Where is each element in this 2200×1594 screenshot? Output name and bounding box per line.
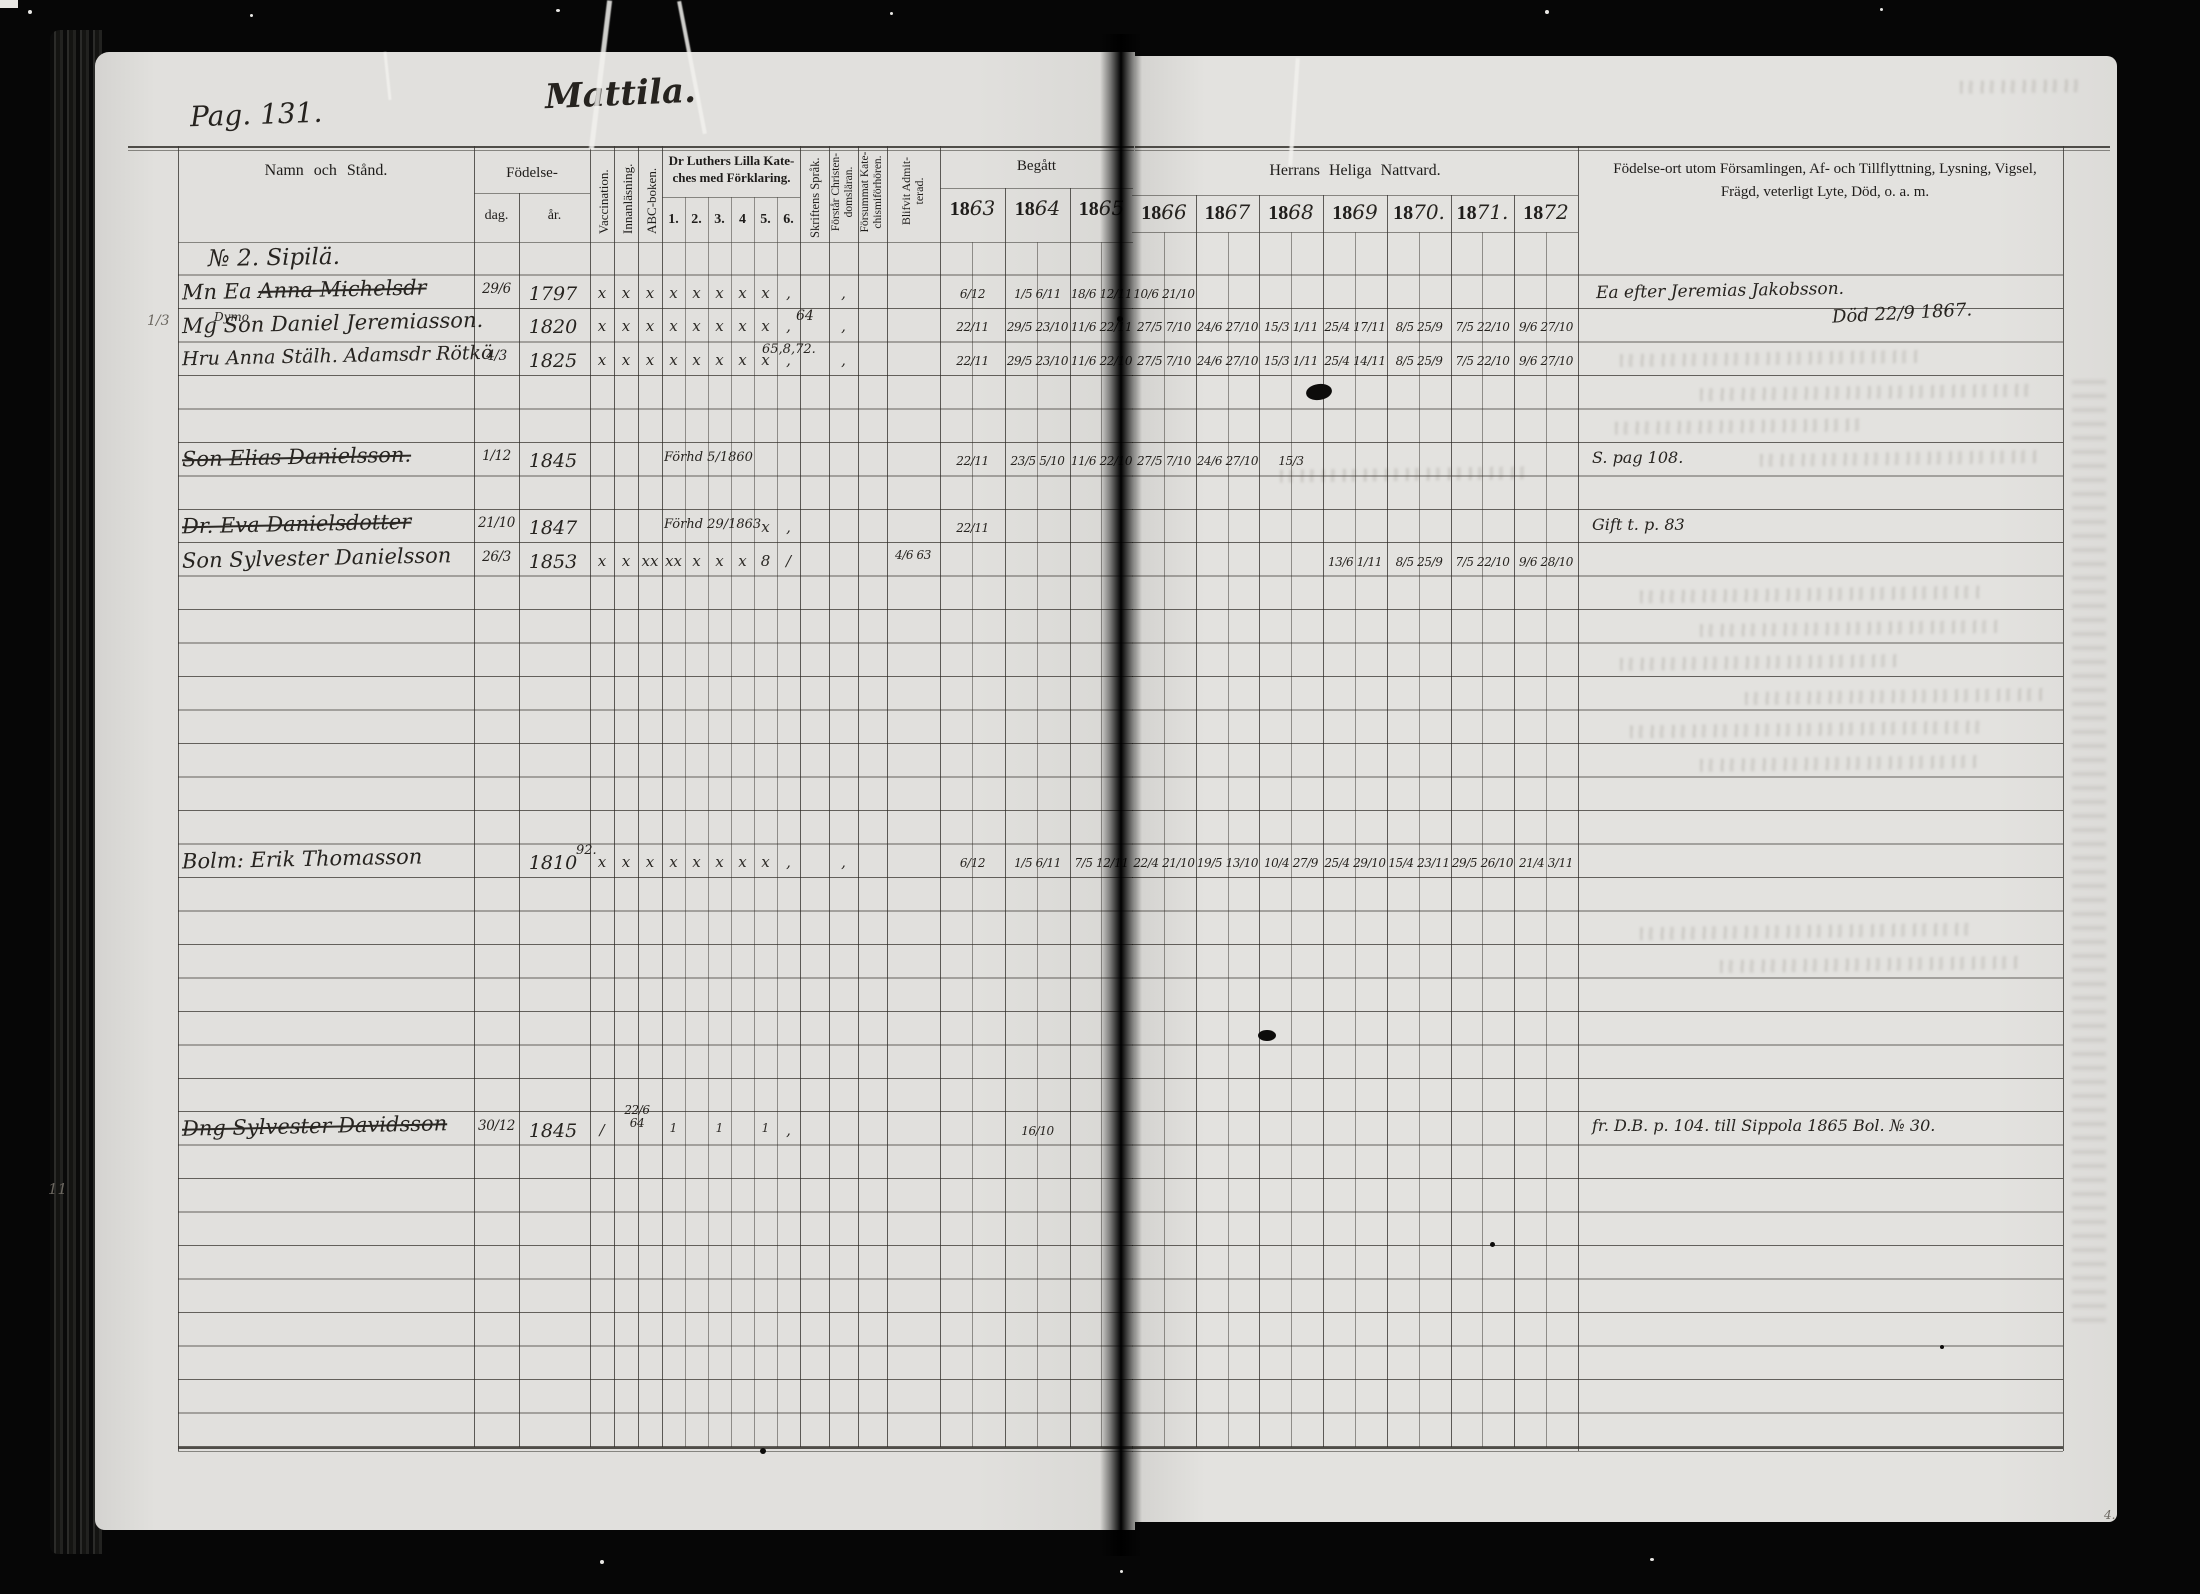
vaccination-mark: x [590, 552, 614, 570]
communion-1871: 7/5 22/10 [1451, 354, 1514, 368]
header-reading: Innanläsning. [620, 164, 636, 234]
catechism-mark: x [708, 284, 731, 302]
header-year-1868: 1868 [1259, 200, 1323, 225]
communion-1872: 9/6 27/10 [1514, 320, 1578, 334]
year-handwritten: 72 [1543, 200, 1568, 224]
household-heading: № 2. Sipilä. [208, 244, 340, 272]
communion-1868: 10/4 27/9 [1259, 856, 1323, 870]
year-printed: 18 [1268, 202, 1288, 224]
birth-year: 1797 [519, 283, 587, 305]
header-year-1872: 1872 [1514, 200, 1578, 225]
catechism-mark: x [708, 552, 731, 570]
catechism-mark: x [754, 853, 777, 871]
year-handwritten: 70. [1413, 200, 1445, 224]
birth-year: 1845 [519, 1120, 587, 1142]
catechism-mark: 1 [754, 1121, 777, 1135]
communion-1869: 25/4 17/11 [1323, 320, 1387, 334]
catechism-mark: , [777, 1121, 800, 1139]
margin-bottom-note: 11 [48, 1180, 67, 1198]
communion-1867: 24/6 27/10 [1196, 354, 1259, 368]
person-name: Anna Michelsdr [258, 275, 427, 303]
admitted-note: 64 [796, 308, 814, 324]
catechism-mark: x [685, 317, 708, 335]
catechism-mark: , [777, 853, 800, 871]
header-birth-year: år. [519, 208, 590, 224]
birth-day: 30/12 [474, 1118, 519, 1134]
admitted-note: 65,8,72. [762, 342, 816, 357]
birth-year: 1853 [519, 551, 587, 573]
communion-1864: 16/10 [1005, 1124, 1070, 1138]
doctrine-mark: , [829, 317, 858, 335]
bleed-through-mark [1960, 79, 2080, 94]
year-printed: 18 [1332, 202, 1352, 224]
header-understands-doctrine: Förstår Christen- domsläran. [830, 146, 856, 238]
catechism-mark: x [708, 853, 731, 871]
header-catechism-col-3: 3. [708, 212, 731, 228]
doctrine-mark: , [829, 853, 858, 871]
abc-mark: x [638, 284, 662, 302]
catechism-mark: x [754, 518, 777, 536]
book-gutter-shadow [1100, 34, 1142, 1556]
communion-1871: 7/5 22/10 [1451, 320, 1514, 334]
catechism-mark: x [731, 552, 754, 570]
table-line [474, 193, 590, 194]
communion-1869: 13/6 1/11 [1323, 555, 1387, 569]
vaccination-mark: x [590, 351, 614, 369]
abc-mark: x [638, 853, 662, 871]
vaccination-mark: x [590, 284, 614, 302]
header-catechism-col-1: 1. [662, 212, 685, 228]
catechism-mark: 1 [662, 1121, 685, 1135]
ink-dot [1940, 1345, 1944, 1349]
header-vaccination: Vaccination. [596, 169, 612, 234]
remark: S. pag 108. [1592, 448, 1683, 467]
birth-day: 1/12 [474, 448, 519, 464]
table-line [128, 150, 1134, 151]
page-number-label: Pag. 131. [189, 96, 322, 134]
catechism-mark: x [662, 317, 685, 335]
village-title: Mattila. [544, 71, 696, 118]
year-printed: 18 [1457, 202, 1477, 224]
catechism-mark: x [685, 552, 708, 570]
catechism-mark: x [754, 317, 777, 335]
catechism-mark: x [731, 853, 754, 871]
reading-mark: x [614, 284, 638, 302]
dust-speck [28, 10, 32, 14]
header-catechism: Dr Luthers Lilla Kate- ches med Förklari… [663, 152, 800, 186]
catechism-mark: x [708, 351, 731, 369]
catechism-mark: x [731, 351, 754, 369]
catechism-mark: / [777, 552, 800, 570]
year-handwritten: 71. [1477, 200, 1509, 224]
communion-1868: 15/3 1/11 [1259, 320, 1323, 334]
communion-1863: 6/12 [940, 287, 1005, 301]
communion-1863: 22/11 [940, 354, 1005, 368]
year-handwritten: 66 [1161, 200, 1186, 224]
table-line [1135, 146, 2110, 148]
person-name: Son Elias Danielsson. [182, 443, 412, 472]
scanned-parish-register-spread: Pag. 131. Mattila. Namn och Stånd. Födel… [0, 0, 2200, 1594]
margin-fraction-note: 1/3 [147, 313, 170, 329]
catechism-mark: x [708, 317, 731, 335]
communion-1864: 1/5 6/11 [1005, 287, 1070, 301]
communion-1863: 22/11 [940, 454, 1005, 468]
catechism-mark: 8 [754, 552, 777, 570]
communion-1869: 25/4 14/11 [1323, 354, 1387, 368]
ink-dot [760, 1448, 766, 1454]
person-name: Erik Thomasson [250, 844, 422, 872]
table-line [128, 146, 1134, 148]
header-catechism-col-6: 6. [777, 212, 800, 228]
communion-1870: 8/5 25/9 [1387, 320, 1451, 334]
header-admitted: Blifvit Admit- terad. [900, 148, 926, 234]
catechism-note: Förhd 29/1863 [664, 517, 761, 532]
year-handwritten: 63 [970, 196, 995, 220]
vaccination-mark: x [590, 853, 614, 871]
catechism-mark: x [662, 853, 685, 871]
remark: fr. D.B. p. 104. till Sippola 1865 Bol. … [1592, 1116, 1935, 1135]
catechism-mark: x [731, 284, 754, 302]
communion-1864: 29/5 23/10 [1005, 354, 1070, 368]
dust-speck [890, 12, 893, 15]
header-year-1863: 1863 [940, 196, 1005, 221]
header-year-1870: 1870. [1387, 200, 1451, 225]
catechism-mark: x [685, 284, 708, 302]
vaccination-mark: / [590, 1121, 614, 1139]
birth-day: 4/3 [474, 348, 519, 364]
reading-mark: x [614, 317, 638, 335]
year-printed: 18 [1141, 202, 1161, 224]
birth-day: 29/6 [474, 281, 519, 297]
person-row-name: Dr. Eva Danielsdotter [182, 510, 412, 539]
year-printed: 18 [1393, 202, 1413, 224]
ruled-rows [1132, 242, 2063, 1448]
catechism-mark: , [777, 518, 800, 536]
catechism-mark: x [685, 853, 708, 871]
abc-mark: x [638, 317, 662, 335]
table-line [2063, 146, 2064, 1451]
communion-1871: 7/5 22/10 [1451, 555, 1514, 569]
birth-year: 1825 [519, 350, 587, 372]
person-row-name: Mn Ea Anna Michelsdr [182, 275, 427, 304]
catechism-mark: x [754, 284, 777, 302]
communion-1870: 8/5 25/9 [1387, 354, 1451, 368]
communion-1870: 15/4 23/11 [1387, 856, 1451, 870]
dust-speck [250, 14, 253, 17]
dust-speck [1545, 10, 1549, 14]
admitted-note: 22/6 64 [620, 1104, 654, 1130]
catechism-note: Förhd 5/1860 [664, 450, 753, 465]
dust-speck [1880, 8, 1883, 11]
communion-1868: 15/3 [1259, 454, 1323, 468]
header-remarks: Födelse-ort utom Församlingen, Af- och T… [1600, 158, 2050, 204]
birth-year: 1847 [519, 517, 587, 539]
birth-day: 26/3 [474, 549, 519, 565]
remark: Gift t. p. 83 [1592, 515, 1685, 534]
person-prefix: Hru [182, 347, 220, 370]
header-birth: Födelse- [474, 165, 590, 182]
header-holy-communion: Herrans Heliga Nattvard. [1132, 162, 1578, 180]
year-handwritten: 68 [1288, 200, 1313, 224]
dust-speck [1650, 1558, 1654, 1561]
table-line [1132, 195, 1578, 196]
birth-year: 1820 [519, 316, 587, 338]
communion-1863: 22/11 [940, 320, 1005, 334]
year-printed: 18 [1015, 198, 1035, 220]
communion-1867: 24/6 27/10 [1196, 454, 1259, 468]
header-scripture-language: Skriftens Språk. [808, 157, 823, 238]
ink-blot [1258, 1030, 1276, 1041]
birth-year: 1845 [519, 450, 587, 472]
catechism-mark: x [662, 351, 685, 369]
header-year-1871: 1871. [1451, 200, 1514, 225]
person-prefix: Mn Ea [182, 279, 252, 304]
dust-speck [0, 0, 18, 8]
catechism-mark: 1 [708, 1121, 731, 1135]
communion-1864: 29/5 23/10 [1005, 320, 1070, 334]
catechism-mark: x [685, 351, 708, 369]
table-line [1132, 1451, 2063, 1452]
ink-dot [1490, 1242, 1495, 1247]
communion-1868: 15/3 1/11 [1259, 354, 1323, 368]
year-printed: 18 [1205, 202, 1225, 224]
dust-speck [1120, 1570, 1123, 1573]
communion-1863: 6/12 [940, 856, 1005, 870]
reading-mark: x [614, 351, 638, 369]
page-corner-note: 4. [2104, 1508, 2115, 1522]
dust-speck [556, 9, 560, 12]
communion-1872: 9/6 28/10 [1514, 555, 1578, 569]
communion-1871: 29/5 26/10 [1451, 856, 1514, 870]
header-catechism-col-5: 5. [754, 212, 777, 228]
bleed-through-mark [2072, 380, 2106, 1330]
header-year-1869: 1869 [1323, 200, 1387, 225]
communion-1869: 25/4 29/10 [1323, 856, 1387, 870]
ruled-rows [178, 242, 1133, 1448]
dust-speck [600, 1560, 604, 1564]
header-birth-day: dag. [474, 208, 519, 224]
doctrine-mark: , [829, 284, 858, 302]
communion-1863: 22/11 [940, 521, 1005, 535]
year-printed: 18 [1079, 198, 1099, 220]
header-missed-examinations: Försummat Kate- chismiförhören. [859, 146, 885, 238]
birth-day: 21/10 [474, 515, 519, 531]
communion-1867: 19/5 13/10 [1196, 856, 1259, 870]
communion-1870: 8/5 25/9 [1387, 555, 1451, 569]
person-prefix: Bolm: [182, 848, 244, 873]
admitted-note: 4/6 63 [888, 548, 938, 562]
header-catechism-col-4: 4 [731, 212, 754, 228]
table-line [178, 1451, 1133, 1452]
year-printed: 18 [1523, 202, 1543, 224]
year-handwritten: 67 [1225, 200, 1250, 224]
abc-mark: x [638, 351, 662, 369]
person-prefix: Mg [182, 313, 217, 338]
year-handwritten: 69 [1352, 200, 1377, 224]
communion-1864: 1/5 6/11 [1005, 856, 1070, 870]
catechism-mark: x [662, 284, 685, 302]
person-row-name: Son Elias Danielsson. [182, 443, 412, 472]
person-row-name: Bolm: Erik Thomasson [182, 844, 423, 873]
table-line [1135, 150, 2110, 151]
communion-1872: 9/6 27/10 [1514, 354, 1578, 368]
abc-mark: xx [638, 552, 662, 570]
reading-mark: x [614, 853, 638, 871]
communion-1872: 21/4 3/11 [1514, 856, 1578, 870]
reading-mark: x [614, 552, 638, 570]
communion-1864: 23/5 5/10 [1005, 454, 1070, 468]
header-catechism-col-2: 2. [685, 212, 708, 228]
header-name-column: Namn och Stånd. [178, 162, 474, 180]
header-year-1867: 1867 [1196, 200, 1259, 225]
header-year-1864: 1864 [1005, 196, 1070, 221]
doctrine-mark: , [829, 351, 858, 369]
catechism-mark: x [731, 317, 754, 335]
person-name: Dr. Eva Danielsdotter [182, 510, 412, 539]
year-printed: 18 [950, 198, 970, 220]
catechism-mark: xx [662, 552, 685, 570]
vaccination-mark: x [590, 317, 614, 335]
catechism-mark: , [777, 284, 800, 302]
communion-1867: 24/6 27/10 [1196, 320, 1259, 334]
year-handwritten: 64 [1035, 196, 1060, 220]
header-abc-book: ABC-boken. [644, 168, 660, 234]
